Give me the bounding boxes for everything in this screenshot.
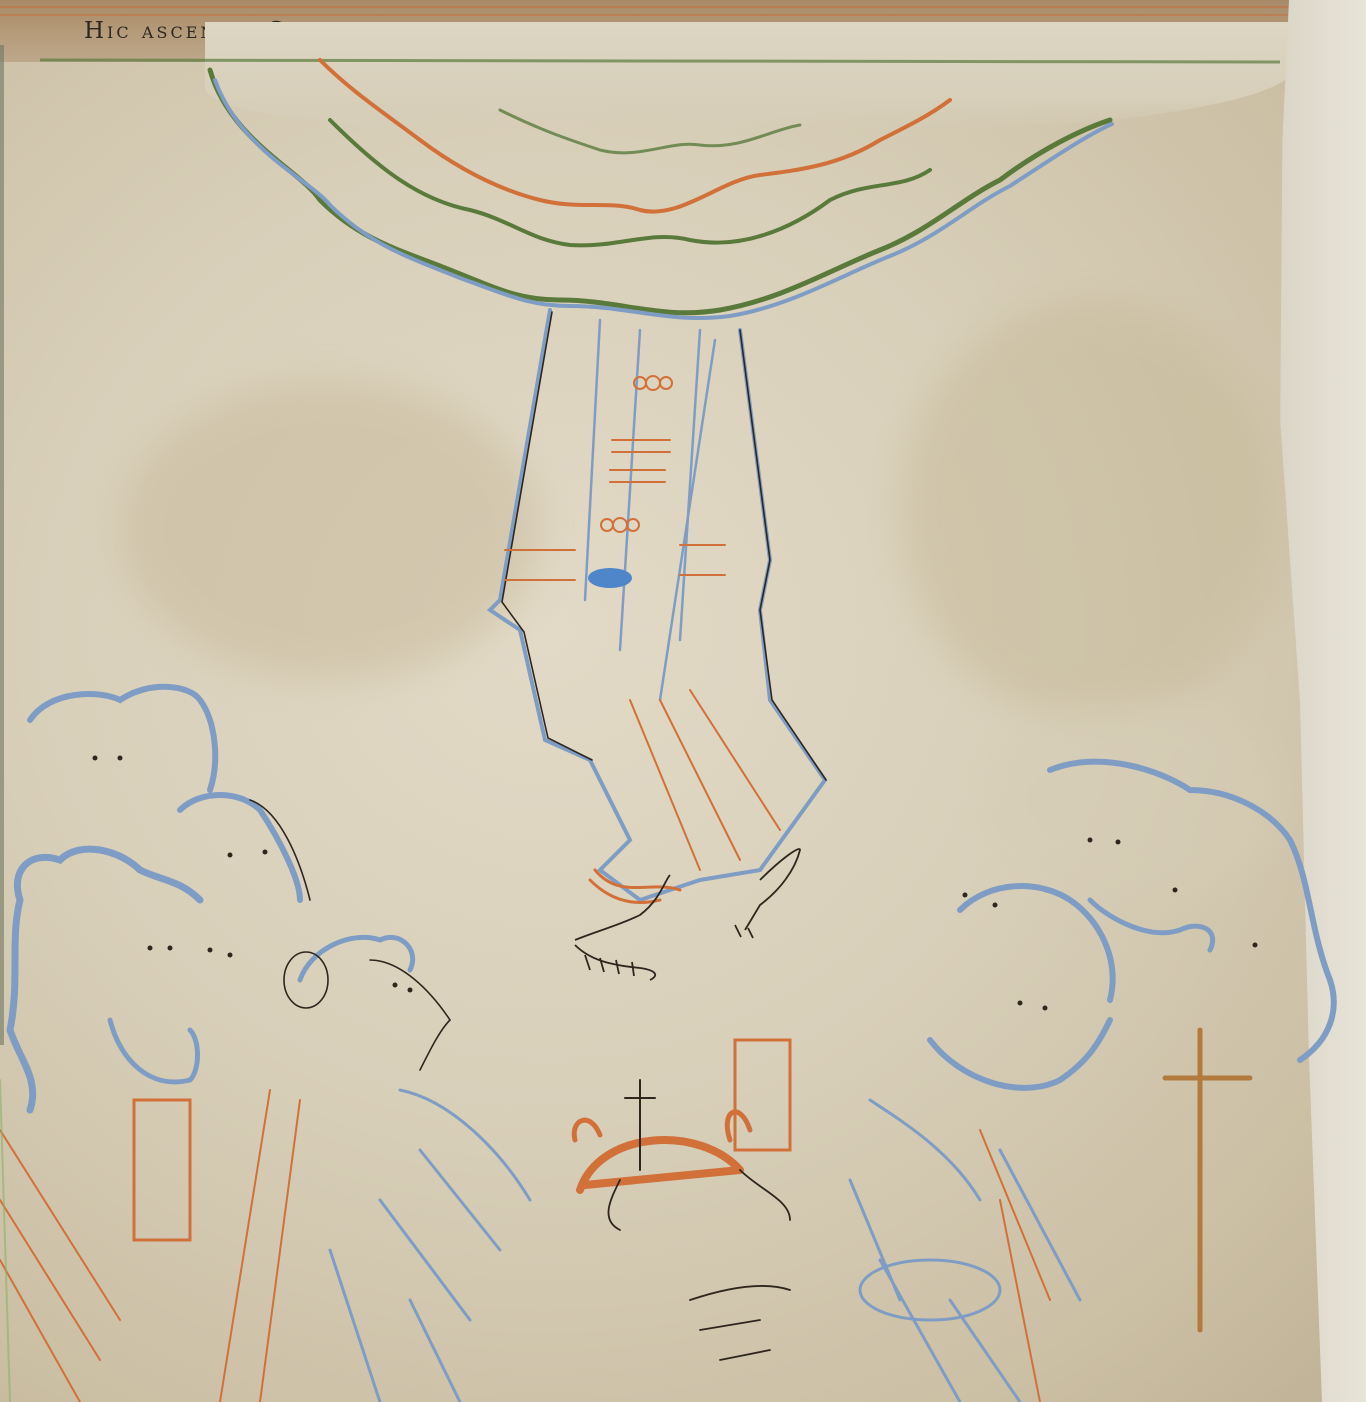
crown-and-book: [574, 1040, 790, 1230]
christ-feet: [575, 849, 800, 980]
ascension-drawing: [0, 0, 1366, 1402]
apostles-left: [0, 687, 530, 1402]
manuscript-folio: Hic ascendit Cristus ad celos: [0, 0, 1366, 1402]
apostles-right: [690, 762, 1334, 1402]
cloud-band: [210, 60, 1112, 318]
christ-robe: [490, 310, 826, 903]
